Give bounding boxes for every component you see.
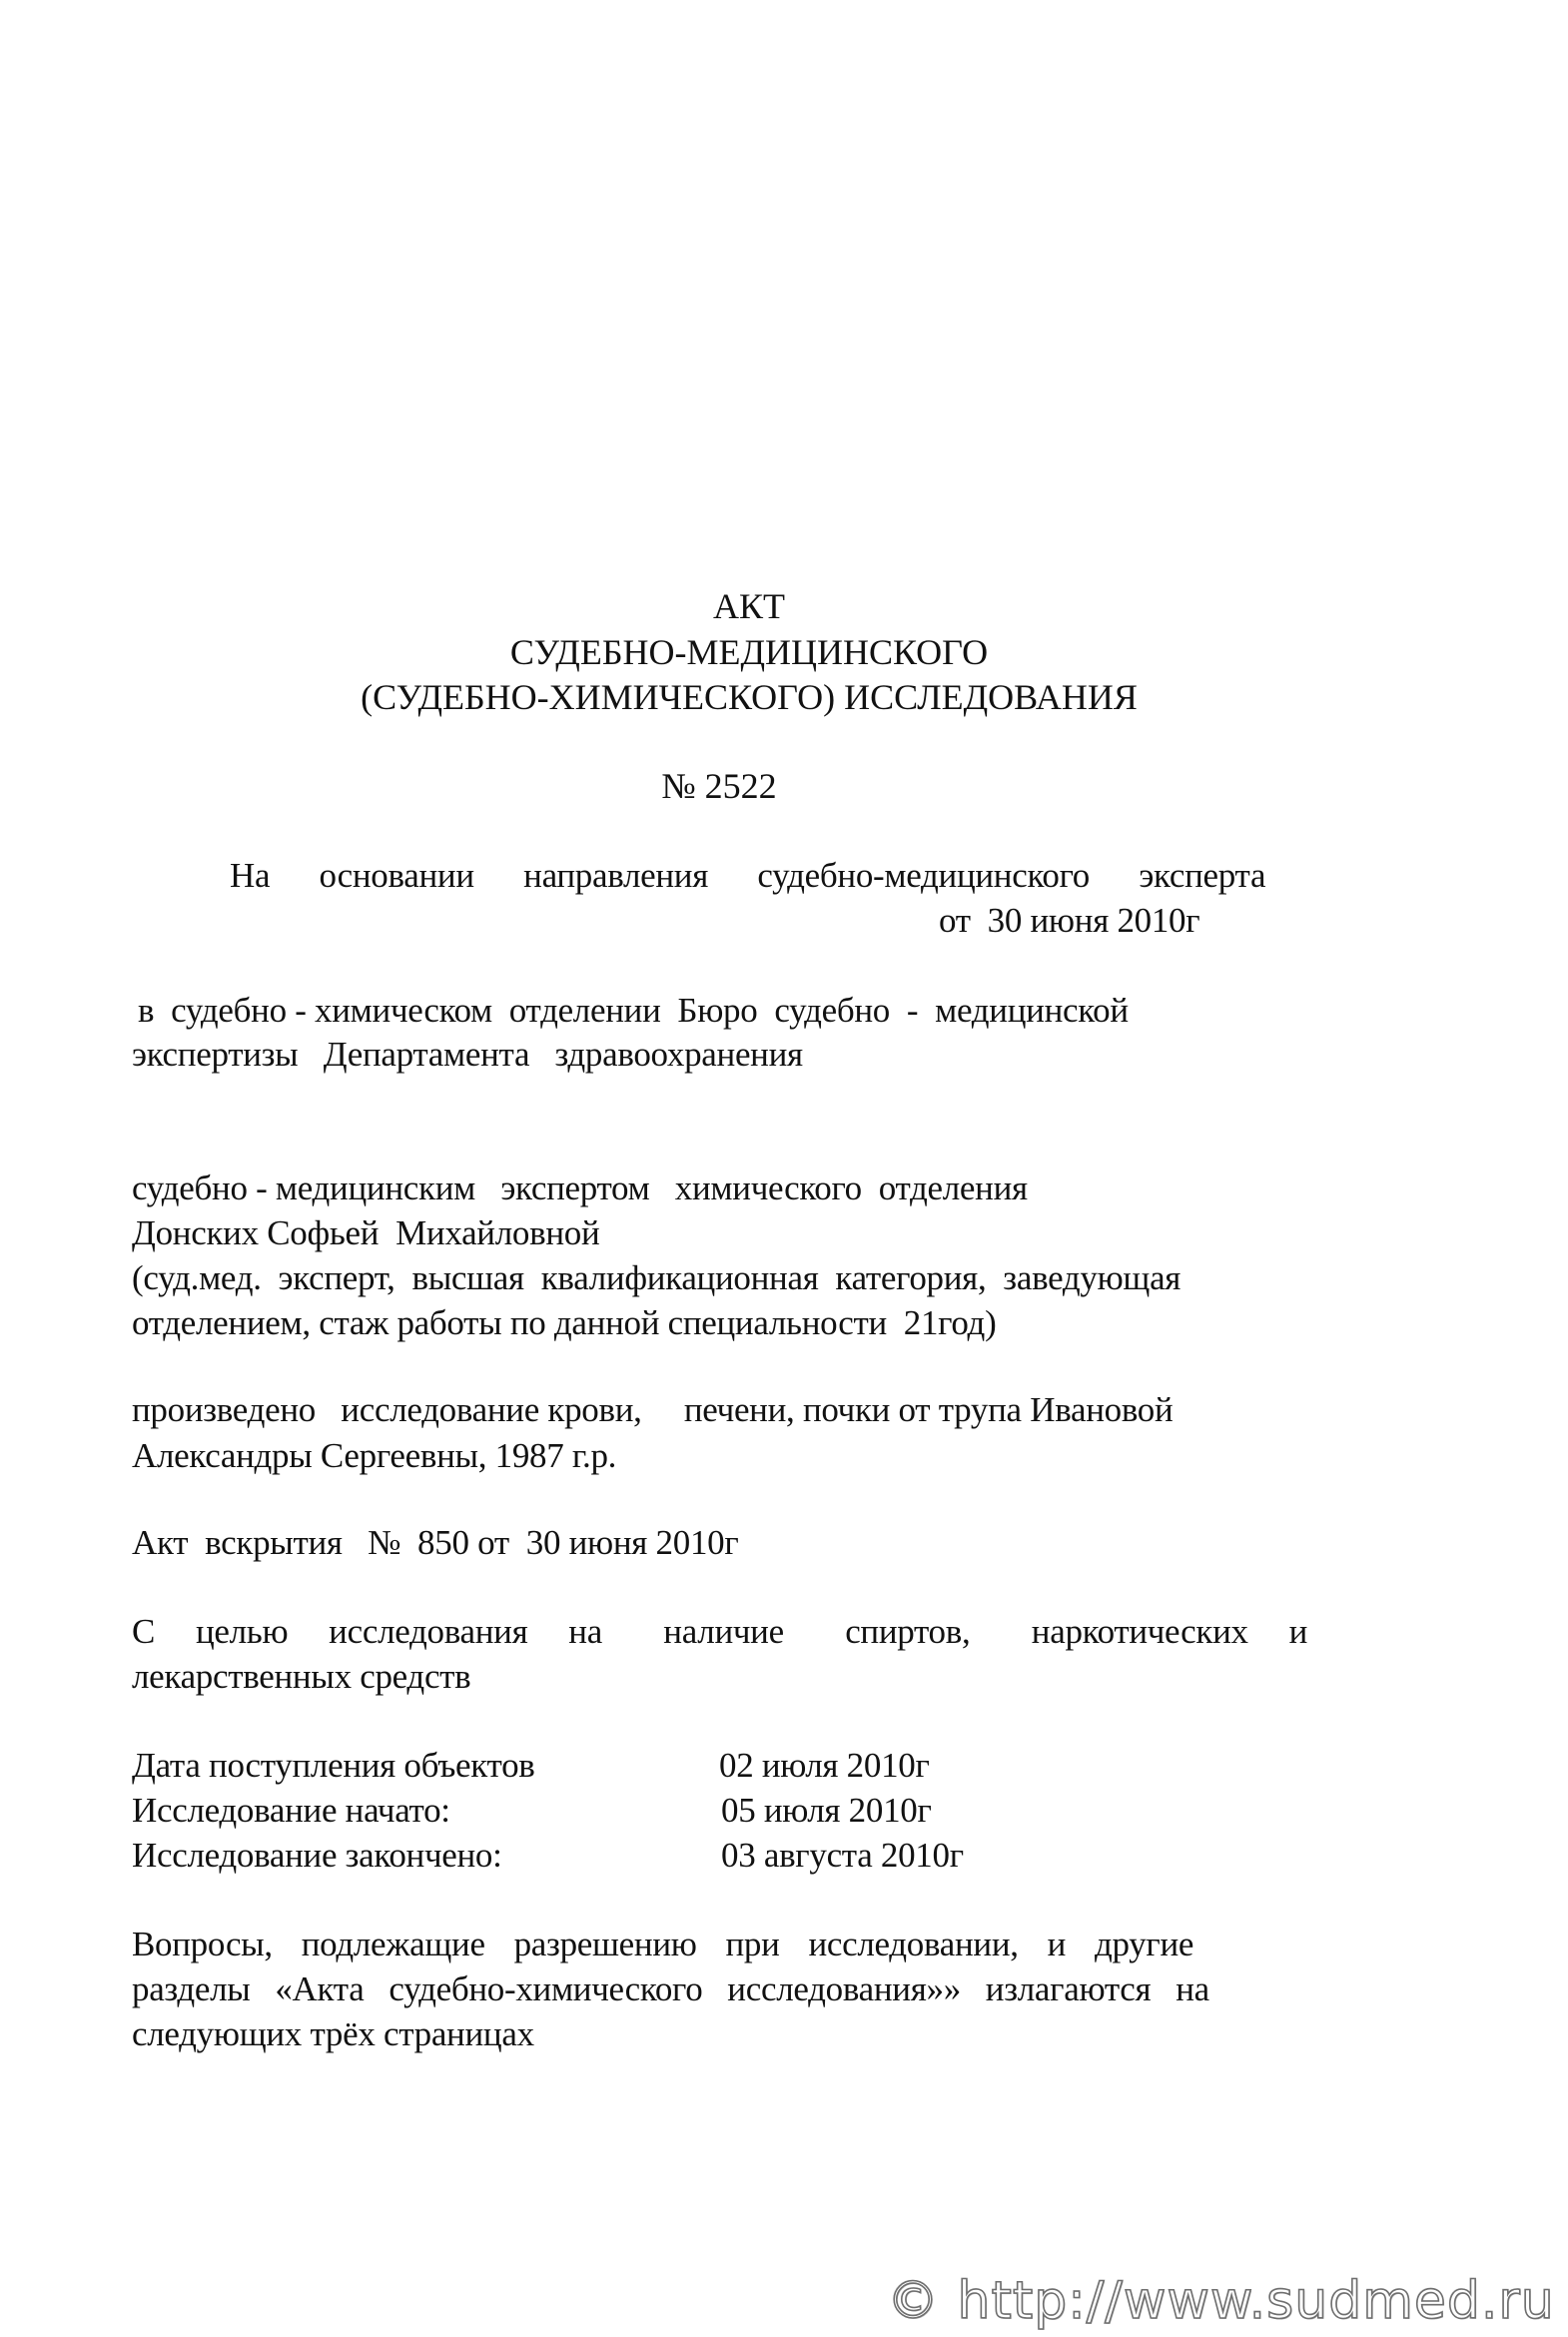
- doc-title-line-1: АКТ: [0, 583, 1498, 629]
- doc-title-line-3: (СУДЕБНО-ХИМИЧЕСКОГО) ИССЛЕДОВАНИЯ: [0, 674, 1498, 720]
- date-value-received: 02 июля 2010г: [719, 1744, 930, 1788]
- doc-number: № 2522: [0, 763, 1438, 809]
- location-line-2: экспертизы Департамента здравоохранения: [132, 1033, 803, 1077]
- expert-line-1: судебно - медицинским экспертом химическ…: [132, 1167, 1028, 1210]
- date-label-received: Дата поступления объектов: [132, 1744, 535, 1788]
- purpose-line-1: С целью исследования на наличие спиртов,…: [132, 1610, 1307, 1654]
- date-label-finished: Исследование закончено:: [132, 1834, 502, 1878]
- questions-line-2: разделы «Акта судебно-химического исслед…: [132, 1967, 1209, 2011]
- location-line-1: в судебно - химическом отделении Бюро су…: [138, 989, 1129, 1033]
- copyright-watermark: © http://www.sudmed.ru: [887, 2271, 1555, 2331]
- autopsy-act: Акт вскрытия № 850 от 30 июня 2010г: [132, 1521, 738, 1565]
- expert-qualification-line-1: (суд.мед. эксперт, высшая квалификационн…: [132, 1256, 1180, 1300]
- date-value-started: 05 июля 2010г: [721, 1789, 932, 1833]
- purpose-line-2: лекарственных средств: [132, 1655, 470, 1699]
- expert-qualification-line-2: отделением, стаж работы по данной специа…: [132, 1301, 996, 1345]
- research-line-2: Александры Сергеевны, 1987 г.р.: [132, 1434, 616, 1478]
- expert-name: Донских Софьей Михайловной: [132, 1211, 599, 1255]
- basis-line-2: от 30 июня 2010г: [939, 899, 1199, 943]
- questions-line-1: Вопросы, подлежащие разрешению при иссле…: [132, 1923, 1193, 1966]
- basis-line-1: На основании направления судебно-медицин…: [230, 854, 1265, 898]
- date-label-started: Исследование начато:: [132, 1789, 450, 1833]
- research-line-1: произведено исследование крови, печени, …: [132, 1388, 1173, 1432]
- doc-title-line-2: СУДЕБНО-МЕДИЦИНСКОГО: [0, 629, 1498, 675]
- questions-line-3: следующих трёх страницах: [132, 2012, 534, 2056]
- date-value-finished: 03 августа 2010г: [721, 1834, 964, 1878]
- document-page: АКТ СУДЕБНО-МЕДИЦИНСКОГО (СУДЕБНО-ХИМИЧЕ…: [0, 0, 1568, 2337]
